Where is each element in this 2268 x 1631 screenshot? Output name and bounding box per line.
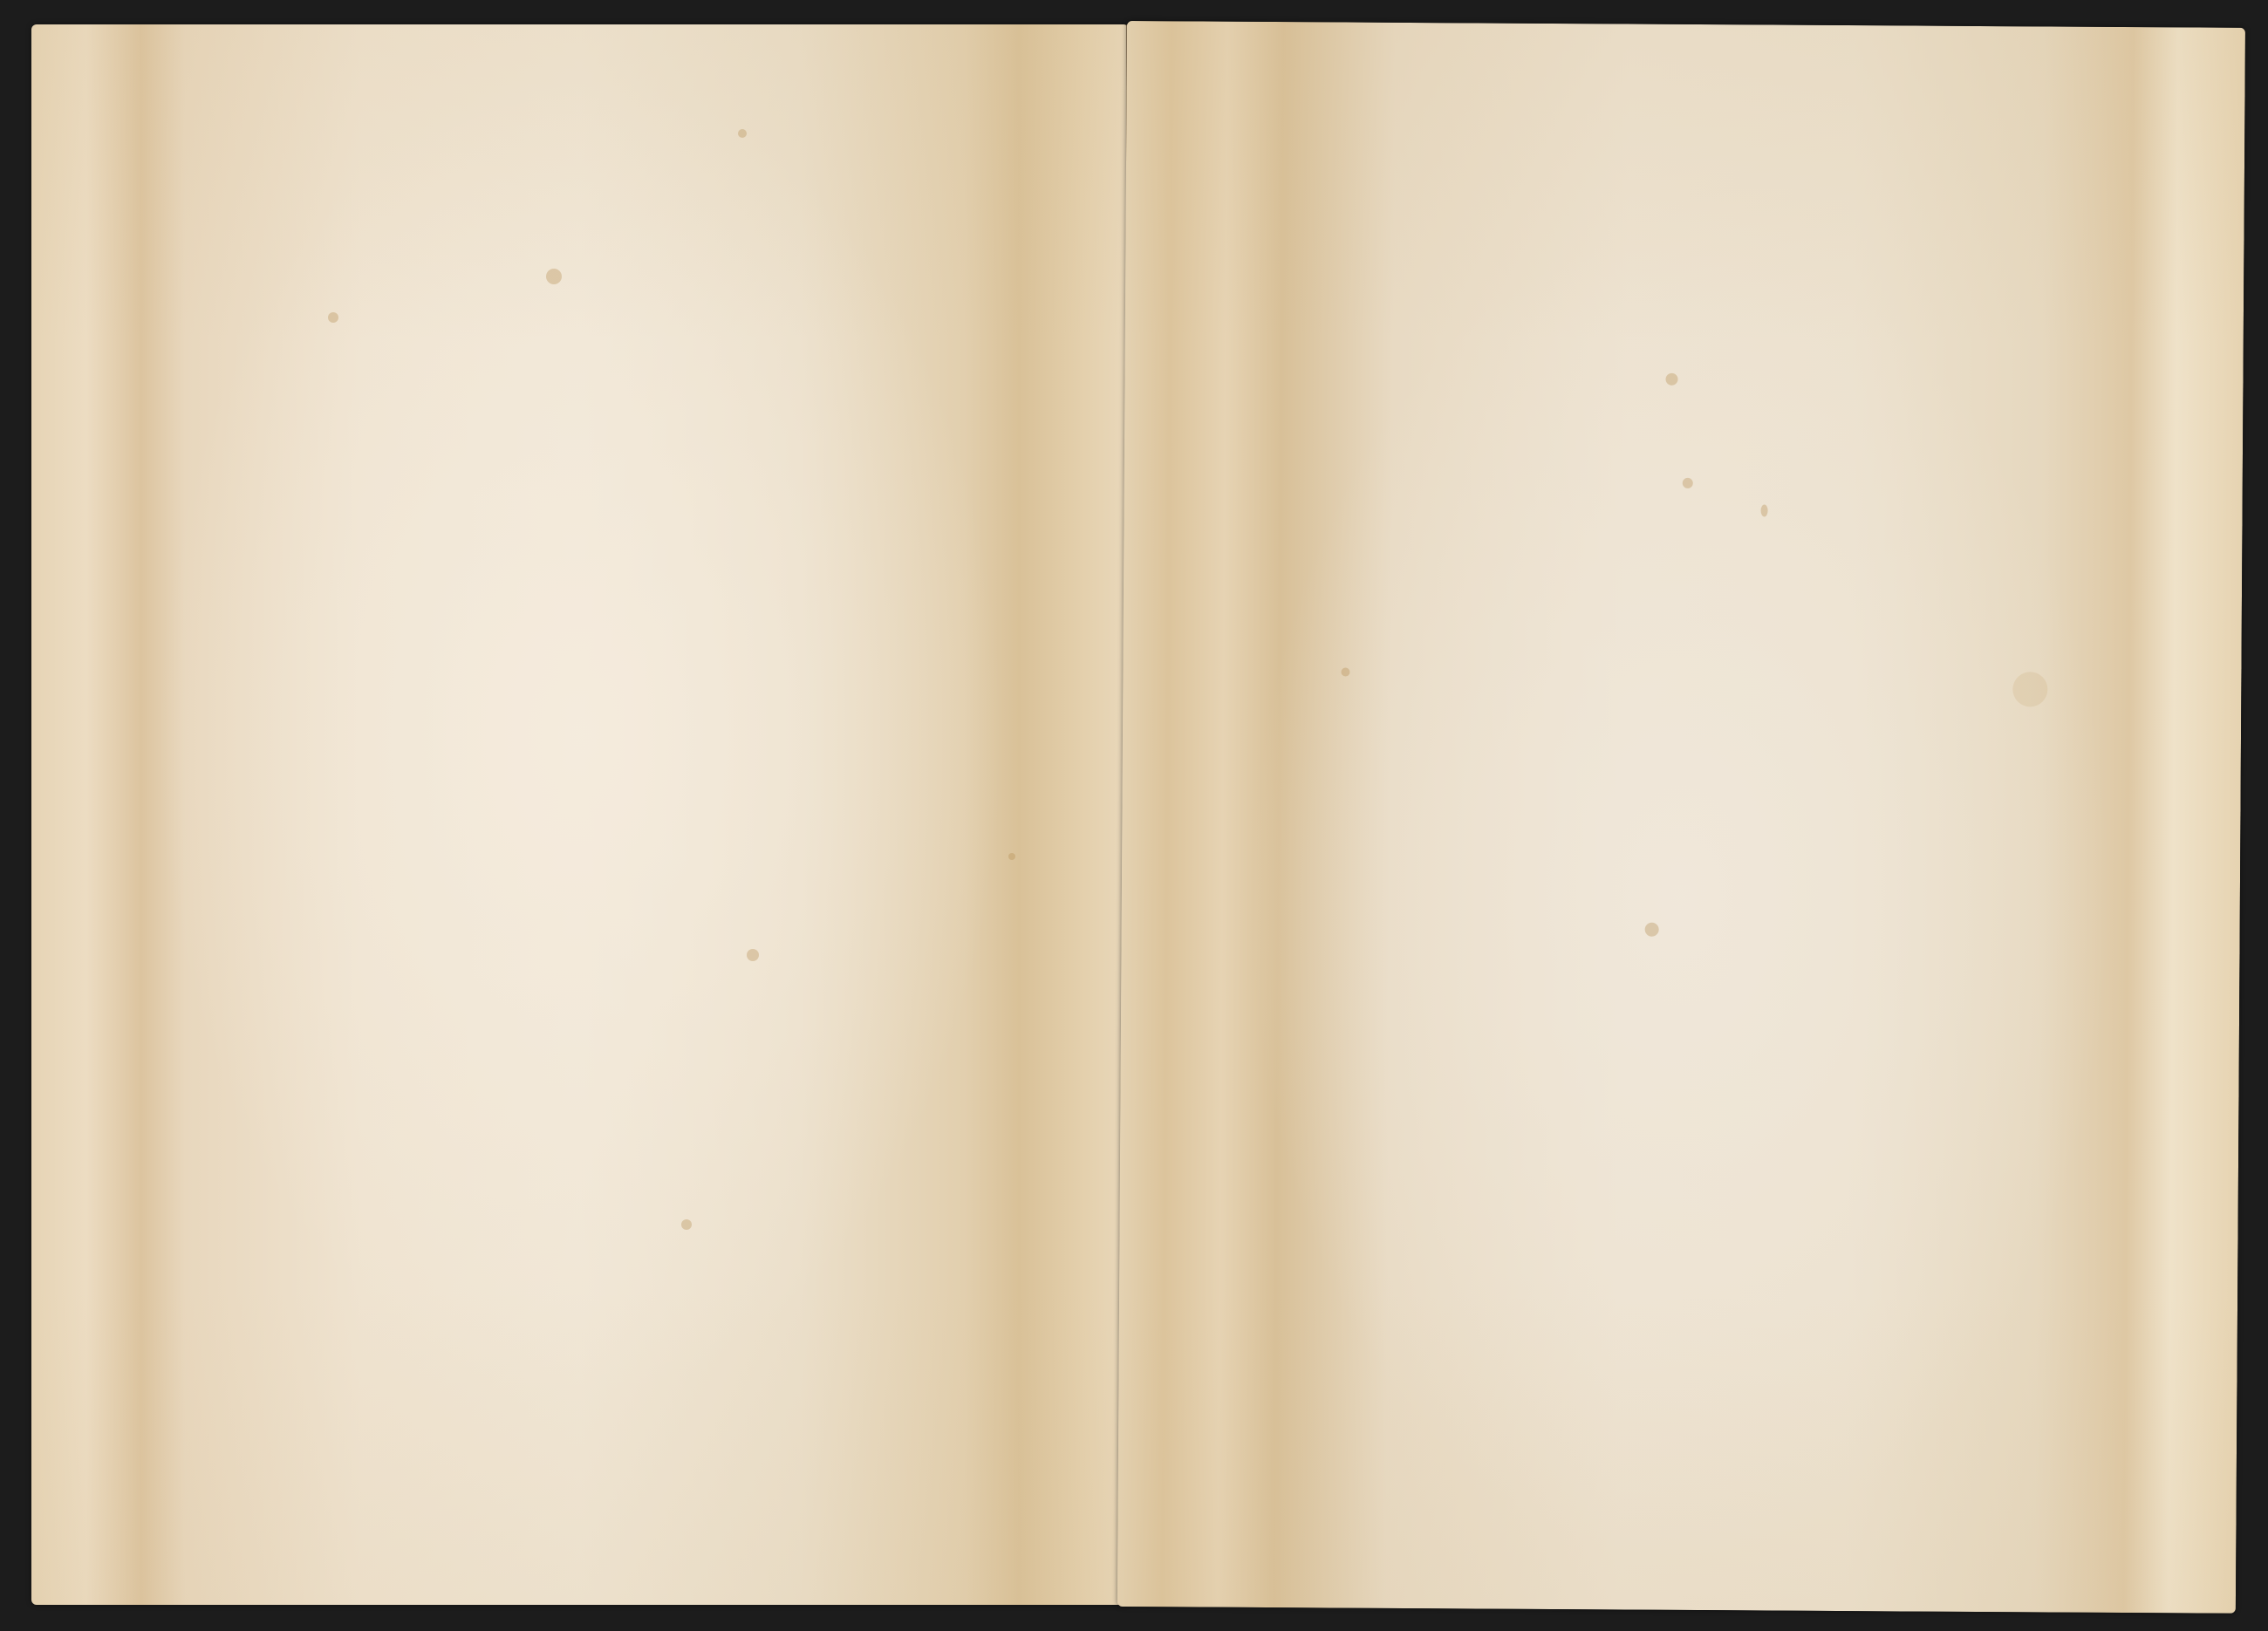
foxing-spot (1008, 853, 1015, 860)
foxing-spot (1761, 504, 1768, 516)
foxing-spot (681, 1219, 692, 1230)
foxing-spot (328, 312, 338, 323)
right-page-aging-overlay (1117, 21, 2245, 1614)
left-page (31, 24, 1129, 1605)
foxing-spot (747, 949, 759, 961)
foxing-spot (2012, 672, 2047, 706)
foxing-spot (1683, 478, 1693, 488)
foxing-spot (738, 129, 747, 138)
right-page (1117, 21, 2245, 1614)
foxing-spot (1665, 373, 1677, 386)
foxing-spot (546, 269, 562, 284)
left-page-aging-overlay (31, 24, 1129, 1605)
foxing-spot (1341, 668, 1349, 677)
foxing-spot (1645, 923, 1659, 937)
